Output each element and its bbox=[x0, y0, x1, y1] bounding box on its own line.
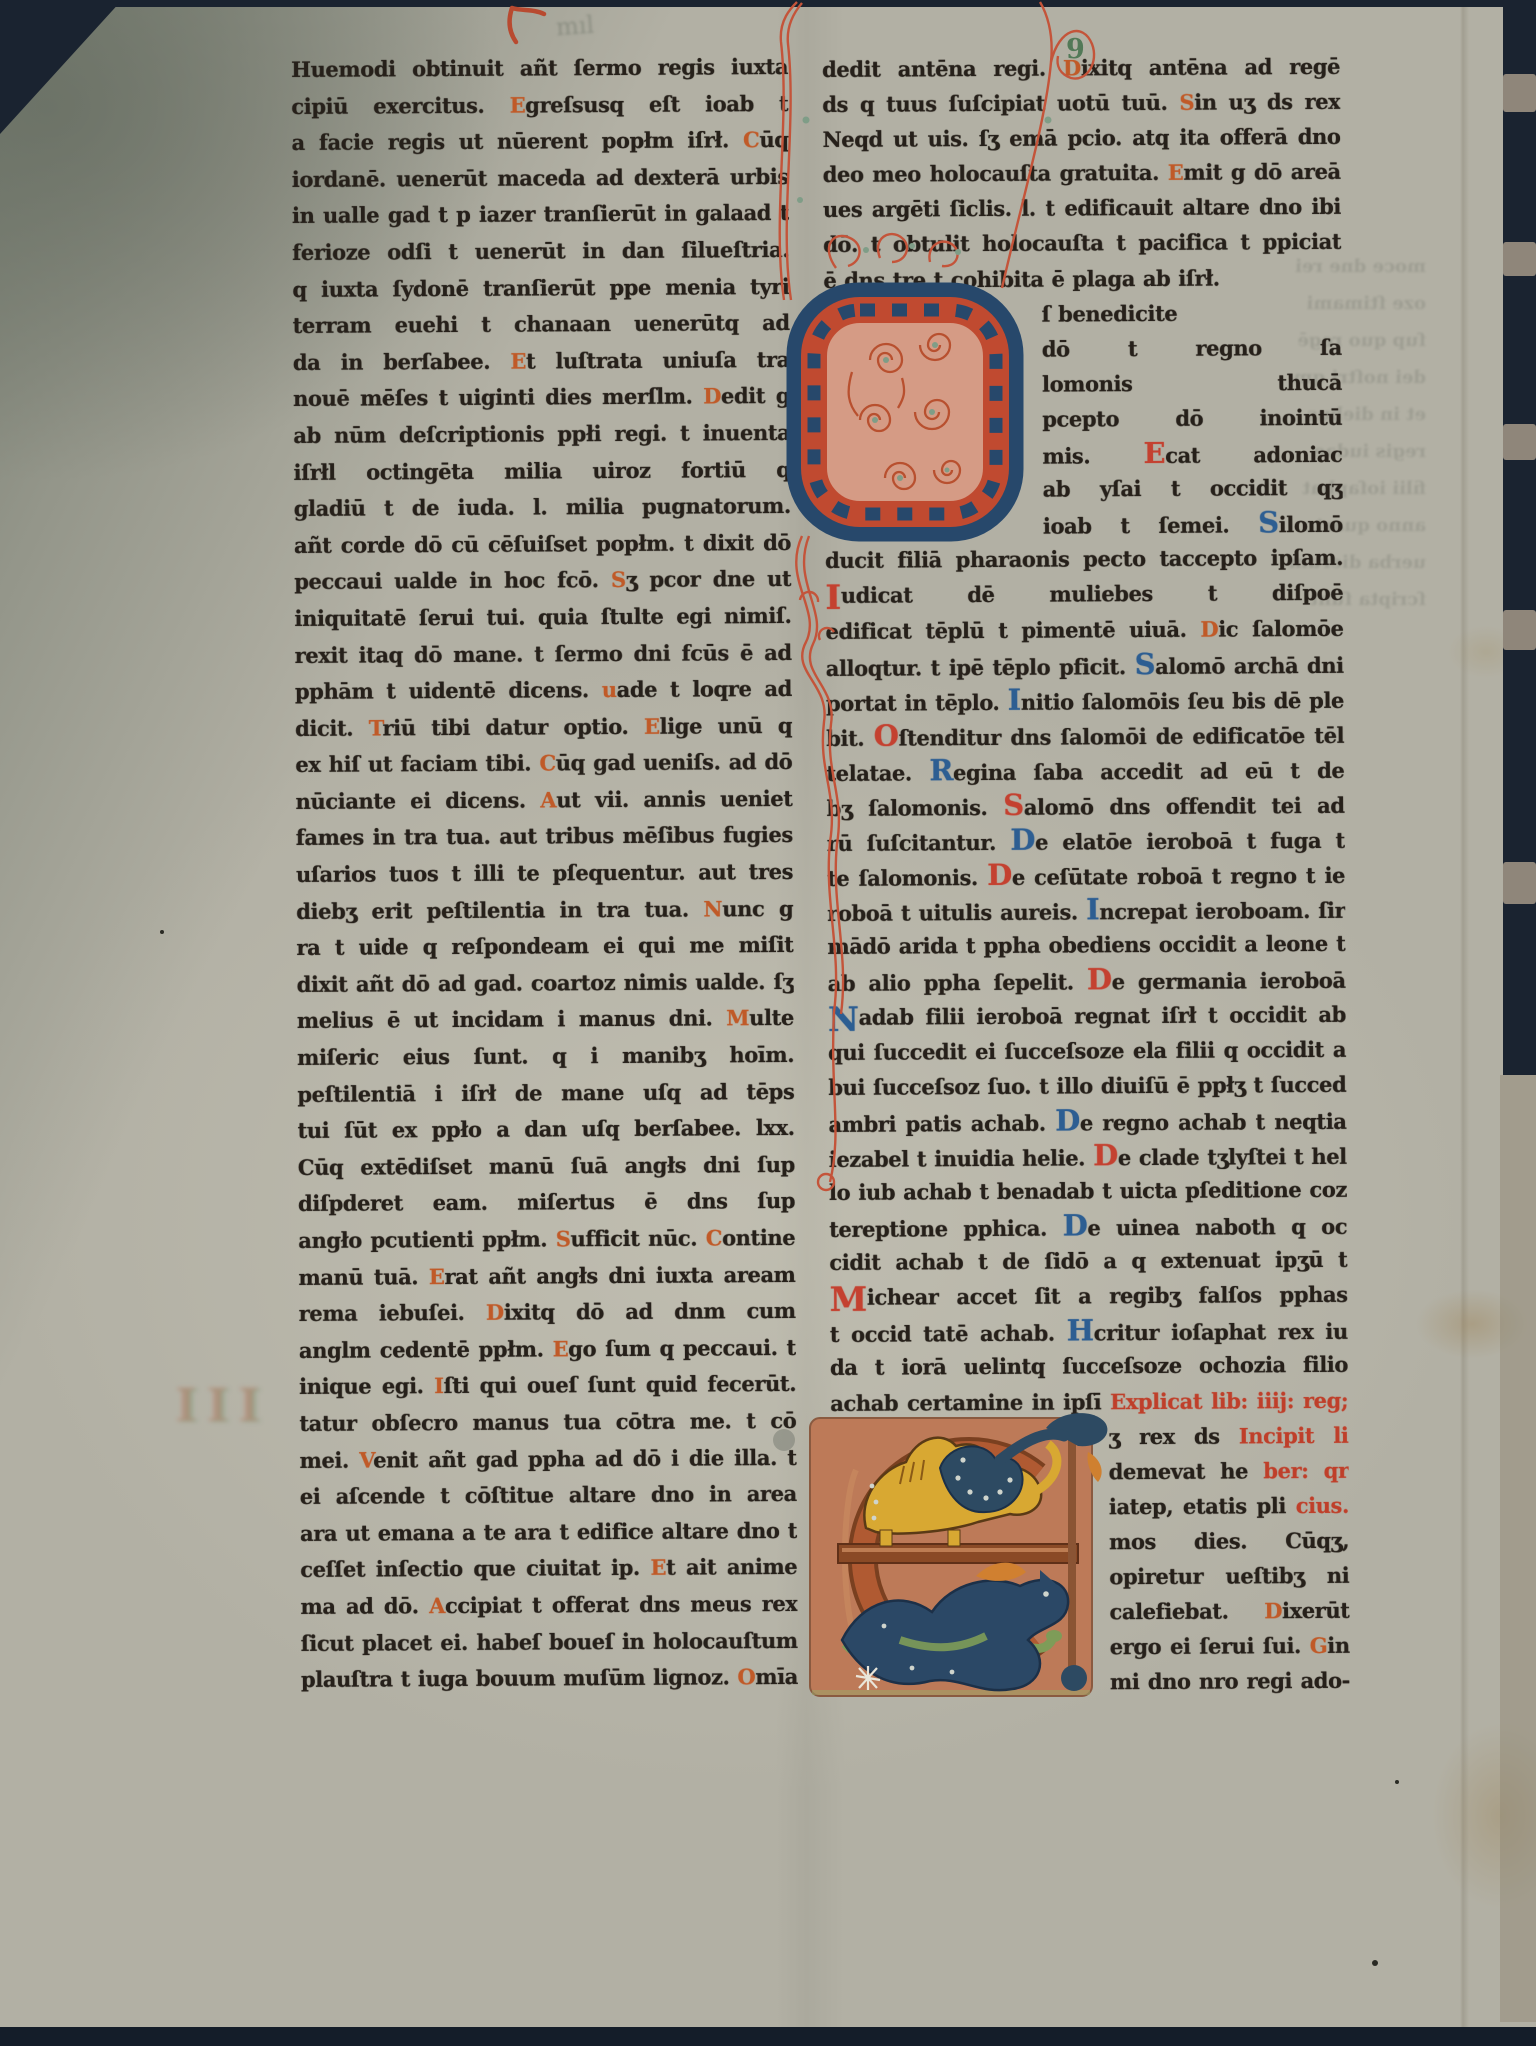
red-touched-capital: S bbox=[611, 567, 626, 592]
left-text-column: Huemodi obtinuit añt ſermo regis iuxta i… bbox=[291, 49, 798, 1699]
page-edge-notch bbox=[1503, 862, 1536, 904]
ink-text: iatep, etatis pli bbox=[1109, 1493, 1296, 1519]
red-touched-capital: E bbox=[650, 1555, 666, 1580]
ink-text: da in berſabee. bbox=[293, 348, 511, 374]
text-line: in ualle gad t p iazer tranſierūt in gal… bbox=[292, 195, 789, 235]
lombardic-initial-red: E bbox=[1143, 436, 1165, 470]
text-line: iordanē. uenerūt maceda ad dexterā urbis… bbox=[292, 159, 789, 199]
ink-text: fames in tra tua. aut tribus mēſibus fug… bbox=[296, 822, 793, 857]
ink-text: ufficit nūc. bbox=[570, 1225, 705, 1251]
ink-text: iordanē. uenerūt maceda ad dexterā urbis… bbox=[292, 164, 789, 199]
ink-text: peſtilentiā i iſrł de mane uſq ad tēps p… bbox=[297, 1079, 794, 1114]
historiated-initial-e bbox=[792, 1402, 1112, 1712]
red-touched-capital: u bbox=[602, 677, 617, 702]
green-edge bbox=[812, 1690, 1090, 1695]
ink-text: gladiū t de iuda. l. milia pugnatorum. p… bbox=[294, 493, 791, 528]
text-line: ceſſet inſectio que ciuitat ip. Et ait a… bbox=[300, 1549, 797, 1589]
red-touched-capital: E bbox=[644, 713, 660, 738]
text-line: gladiū t de iuda. l. milia pugnatorum. p… bbox=[294, 488, 791, 528]
manuscript-photo: mıl 9 III moce dne reioze ſtimamiſup quo… bbox=[0, 0, 1536, 2046]
page-edge-notch bbox=[1503, 610, 1536, 650]
ink-text: ceſſet inſectio que ciuitat ip. bbox=[300, 1555, 650, 1582]
red-touched-capital: E bbox=[553, 1336, 569, 1361]
text-line: ab nūm deſcriptionis ppłi regi. t inuent… bbox=[293, 415, 790, 455]
backing-board-bottom bbox=[0, 2027, 1536, 2046]
text-line: a facie regis ut nūerent popłm iſrł. Cūq… bbox=[291, 122, 788, 162]
red-touched-capital: A bbox=[540, 787, 556, 812]
text-line: q iuxta ſydonē tranſierūt ppe menia tyri… bbox=[292, 269, 789, 309]
text-line: anglm cedentē ppłm. Ego ſum q peccaui. t… bbox=[299, 1330, 796, 1370]
ink-text: mos dies. Cūqʒ, bbox=[1109, 1528, 1349, 1554]
ink-text: q iuxta ſydonē tranſierūt ppe menia tyri… bbox=[292, 274, 789, 309]
text-line: tatur obſecro manus tua cōtra me. t cō d… bbox=[299, 1403, 796, 1443]
ink-text: melius ē ut incidam i manus dni. bbox=[297, 1006, 727, 1034]
text-line: uſarios tuos t illi te pſequentur. aut t… bbox=[296, 854, 793, 894]
red-touched-capital: D bbox=[486, 1300, 504, 1325]
text-line: nūciante ei dicens. Aut vii. annis uenie… bbox=[295, 781, 792, 821]
ink-text: ferioze odſi t uenerūt in dan ſilueſtria… bbox=[292, 237, 789, 265]
staff-ball bbox=[1061, 1665, 1087, 1691]
ink-text: Cūq extēdiſset manū ſuā angłs dni ſup ie… bbox=[298, 1152, 795, 1187]
text-line: miſeric eius ſunt. q i manibʒ hoīm. Inmi… bbox=[297, 1037, 794, 1077]
ink-text: ex hiſ ut faciam tibi. bbox=[295, 751, 539, 777]
ink-text: añt corde dō cū cēſuiſset popłm. t dixit… bbox=[294, 530, 791, 565]
ink-speck bbox=[1395, 1780, 1399, 1784]
ink-text: inique egi. bbox=[299, 1374, 434, 1400]
penwork-dots bbox=[797, 117, 1052, 256]
rubric-text: Explicat lib: iiij: reg; bbox=[1110, 1387, 1348, 1413]
ink-text: anglm cedentē ppłm. bbox=[299, 1336, 553, 1363]
ink-text: Huemodi obtinuit añt ſermo regis iuxta i… bbox=[291, 54, 788, 89]
illuminated-initial-p bbox=[740, 0, 1120, 1250]
faint-inscription: mıl bbox=[555, 11, 595, 42]
ink-text: enit añt gad ppha ad dō i die illa. t di… bbox=[300, 1445, 797, 1480]
ink-text: t ait anime bbox=[666, 1554, 797, 1580]
ink-text: in bbox=[1327, 1633, 1350, 1658]
ink-text: diebʒ erit peſtilentia in tra tua. bbox=[296, 896, 703, 923]
ink-text: miſeric eius ſunt. q i manibʒ hoīm. Inmi… bbox=[297, 1042, 794, 1077]
ink-text: mi dno nro regi ado- bbox=[1110, 1668, 1350, 1694]
text-line: ma ad dō. Accipiat t offerat dns meus re… bbox=[300, 1586, 797, 1626]
ink-text: nūciante ei dicens. bbox=[296, 787, 541, 813]
ink-text: ſti qui oueſ ſunt quid fecerūt. bbox=[444, 1371, 797, 1398]
red-touched-capital: D bbox=[703, 384, 721, 409]
ink-text: ilomō bbox=[1279, 512, 1343, 537]
page-edge-stain-band bbox=[1500, 1075, 1536, 2022]
lombardic-initial-blue: S bbox=[1134, 647, 1155, 681]
red-touched-capital: O bbox=[737, 1664, 755, 1689]
ink-text: t occid tatē achab. bbox=[830, 1321, 1067, 1347]
ink-text: e clade tʒlyſtei t hel bbox=[1118, 1144, 1347, 1170]
red-touched-capital: A bbox=[429, 1593, 445, 1618]
ink-text: ab nūm deſcriptionis ppłi regi. t inuent… bbox=[293, 420, 790, 455]
ink-text: uſarios tuos t illi te pſequentur. aut t… bbox=[296, 859, 793, 894]
text-line: terram euehi t chanaan uenerūtq ad merid… bbox=[293, 305, 790, 345]
red-touched-capital: E bbox=[510, 348, 526, 373]
text-line: inique egi. Iſti qui oueſ ſunt quid fece… bbox=[299, 1366, 796, 1406]
text-line: dicit. Triū tibi datur optio. Elige unū … bbox=[295, 708, 792, 748]
text-line: ſicut placet ei. habeſ boueſ in holocauſ… bbox=[301, 1622, 798, 1662]
text-line: da in berſabee. Et luſtrata uniuſa tra a… bbox=[293, 342, 790, 382]
text-line: dixit añt dō ad gad. coartoz nimis ualde… bbox=[297, 964, 794, 1004]
ink-text: critur ioſaphat rex iu bbox=[1094, 1319, 1348, 1346]
ink-text: pphām t uidentē dicens. bbox=[295, 677, 602, 704]
red-touched-capital: C bbox=[539, 751, 555, 776]
page-edge-notch bbox=[1503, 424, 1536, 460]
red-touched-capital: D bbox=[1264, 1598, 1282, 1623]
text-line: peſtilentiā i iſrł de mane uſq ad tēps p… bbox=[297, 1074, 794, 1114]
ink-text: ccipiat t offerat dns meus rex bbox=[445, 1591, 798, 1618]
ink-text: ichear accet ſit a regibʒ falſos pphas a… bbox=[830, 1282, 1348, 1315]
lombardic-initial-blue: S bbox=[1258, 505, 1279, 539]
ink-text: opiretur ueſtibʒ ni bbox=[1109, 1563, 1349, 1589]
text-line: manū tuā. Erat añt angłs dni iuxta aream… bbox=[298, 1257, 795, 1297]
red-paraph-mark bbox=[498, 2, 558, 54]
ink-text: rexit itaq dō mane. t ſermo dni fcūs ē a… bbox=[295, 639, 792, 674]
ink-text: da t iorā uelintq ſucceſsoze ochozia fil… bbox=[830, 1352, 1348, 1380]
text-line: mei. Venit añt gad ppha ad dō i die illa… bbox=[299, 1440, 796, 1480]
ink-text: nouē mēſes t uiginti dies merſlm. bbox=[293, 384, 703, 412]
show-through-blot bbox=[773, 1429, 795, 1451]
rubric-text: cius. bbox=[1296, 1493, 1349, 1518]
ink-text: ic ſalomōe bbox=[1218, 615, 1343, 641]
ink-text: diſpderet eam. miſertus ē dns ſup affuct… bbox=[298, 1188, 795, 1223]
ink-text: ma ad dō. bbox=[300, 1593, 429, 1619]
ink-text: ixerūt bbox=[1282, 1598, 1350, 1623]
ink-text: demevat he bbox=[1109, 1458, 1264, 1484]
text-line: da t iorā uelintq ſucceſsoze ochozia fil… bbox=[830, 1347, 1348, 1385]
ink-text: ergo ei ſerui ſui. bbox=[1110, 1633, 1310, 1659]
penwork-ascender bbox=[780, 2, 1094, 300]
penwork-tail bbox=[796, 536, 843, 1190]
ink-text: in ualle gad t p iazer tranſierūt in gal… bbox=[292, 200, 789, 235]
text-line: rema iebuſei. Dixitq dō ad dnm cum uidiſ… bbox=[299, 1293, 796, 1333]
red-touched-capital: E bbox=[1168, 160, 1184, 185]
text-line: angło pcutienti ppłm. Sufficit nūc. Cont… bbox=[298, 1220, 795, 1260]
text-line: tui ſūt ex ppło a dan uſq berſabee. lxx.… bbox=[297, 1110, 794, 1150]
ink-text: angło pcutienti ppłm. bbox=[298, 1226, 556, 1253]
ink-text: ra t uide q reſpondeam ei qui me miſit ſ… bbox=[296, 932, 793, 967]
ink-speck bbox=[1372, 1960, 1378, 1966]
initial-p-bowl bbox=[792, 288, 1018, 536]
ink-text: plauſtra t iuga bouum muſūm lignoz. bbox=[301, 1664, 738, 1692]
ink-text: riū tibi datur optio. bbox=[382, 714, 644, 741]
large-initial-red: M bbox=[830, 1280, 867, 1315]
ink-text: dixit añt dō ad gad. coartoz nimis ualde… bbox=[297, 969, 794, 997]
page-edge-notch bbox=[1503, 74, 1536, 112]
text-line: diſpderet eam. miſertus ē dns ſup affuct… bbox=[298, 1183, 795, 1223]
text-line: fames in tra tua. aut tribus mēſibus fug… bbox=[296, 817, 793, 857]
red-touched-capital: D bbox=[1200, 616, 1218, 641]
page-edge-notch bbox=[1503, 242, 1536, 276]
ink-text: cat adoniac bbox=[1165, 442, 1342, 468]
rubric-text: ber: qr bbox=[1263, 1458, 1349, 1484]
ink-text: manū tuā. bbox=[298, 1264, 429, 1290]
ink-text: cipiū exercitus. bbox=[291, 92, 509, 118]
text-line: rexit itaq dō mane. t ſermo dni fcūs ē a… bbox=[295, 634, 792, 674]
text-line: iſrłl octingēta milia uiroz fortiū q edu… bbox=[293, 451, 790, 491]
text-line: ex hiſ ut faciam tibi. Cūq gad ueniſs. a… bbox=[295, 744, 792, 784]
red-touched-capital: E bbox=[429, 1264, 445, 1289]
ghost-roman-numeral: III bbox=[175, 1378, 270, 1432]
backing-board-right bbox=[1503, 0, 1536, 1075]
lombardic-initial-blue: H bbox=[1067, 1314, 1094, 1348]
text-line: t occid tatē achab. Hcritur ioſaphat rex… bbox=[830, 1312, 1348, 1350]
red-touched-capital: T bbox=[369, 715, 383, 740]
text-line: pphām t uidentē dicens. uade t loqre ad … bbox=[295, 671, 792, 711]
text-line: nouē mēſes t uiginti dies merſlm. Dedit … bbox=[293, 378, 790, 418]
text-line: melius ē ut incidam i manus dni. Multe e… bbox=[297, 1000, 794, 1040]
ink-text: dicit. bbox=[295, 715, 369, 740]
red-touched-capital: N bbox=[703, 896, 722, 921]
ink-text: ſicut placet ei. habeſ boueſ in holocauſ… bbox=[301, 1627, 798, 1662]
ink-text: a facie regis ut nūerent popłm iſrł. bbox=[291, 127, 743, 155]
red-touched-capital: S bbox=[1179, 90, 1194, 115]
ink-text: ncrepat ieroboam. ſir bbox=[1099, 898, 1345, 925]
ink-text: calefiebat. bbox=[1109, 1598, 1264, 1624]
red-touched-capital: C bbox=[706, 1225, 722, 1250]
ink-text: tatur obſecro manus tua cōtra me. t cō d… bbox=[299, 1408, 796, 1443]
red-touched-capital: V bbox=[359, 1447, 373, 1472]
ink-text: iſrłl octingēta milia uiroz fortiū q edu… bbox=[293, 456, 790, 491]
ink-text: e uinea naboth q oc bbox=[1087, 1214, 1347, 1241]
text-line: iniquitatē ſerui tui. quia ſtulte egi ni… bbox=[294, 598, 791, 638]
ink-text: mei. bbox=[300, 1447, 360, 1472]
serpent-head bbox=[1046, 1630, 1062, 1642]
text-line: ara ut emana a te ara t edifice altare d… bbox=[300, 1513, 797, 1553]
ink-text: alomō archā dni bbox=[1155, 652, 1344, 678]
text-line: Huemodi obtinuit añt ſermo regis iuxta i… bbox=[291, 49, 788, 89]
red-touched-capital: S bbox=[556, 1226, 571, 1251]
text-line: Cūq extēdiſset manū ſuā angłs dni ſup ie… bbox=[298, 1147, 795, 1187]
text-line: peccaui ualde in hoc fcō. Sʒ pcor dne ut… bbox=[294, 561, 791, 601]
ink-text: ʒ rex ds bbox=[1108, 1423, 1238, 1449]
rubric-text: Incipit li bbox=[1239, 1422, 1349, 1448]
ink-text: ei aſcende t cōſtitue altare dno in area… bbox=[300, 1481, 797, 1516]
ink-text: tui ſūt ex ppło a dan uſq berſabee. lxx.… bbox=[298, 1115, 795, 1150]
ink-speck bbox=[160, 930, 164, 934]
red-touched-capital: G bbox=[1310, 1633, 1328, 1658]
text-line: añt corde dō cū cēſuiſset popłm. t dixit… bbox=[294, 525, 791, 565]
text-line: diebʒ erit peſtilentia in tra tua. Nunc … bbox=[296, 891, 793, 931]
text-line: ra t uide q reſpondeam ei qui me miſit ſ… bbox=[296, 927, 793, 967]
ink-text: terram euehi t chanaan uenerūtq ad merid… bbox=[293, 310, 790, 345]
ink-text: peccaui ualde in hoc fcō. bbox=[294, 567, 611, 594]
text-line: ferioze odſi t uenerūt in dan ſilueſtria… bbox=[292, 232, 789, 272]
ink-text: iniquitatē ſerui tui. quia ſtulte egi ni… bbox=[294, 603, 791, 638]
text-line: plauſtra t iuga bouum muſūm lignoz. Omīa bbox=[301, 1659, 798, 1699]
ink-text: cidit achab t de ſidō a q extenuat ipʒū … bbox=[829, 1247, 1347, 1280]
ink-text: e germania ieroboā bbox=[1112, 968, 1346, 994]
ink-text: rema iebuſei. bbox=[299, 1300, 486, 1326]
text-line: ei aſcende t cōſtitue altare dno in area… bbox=[300, 1476, 797, 1516]
text-line: cipiū exercitus. Egreſsusq eſt ioab t pn… bbox=[291, 86, 788, 126]
dragon-eye bbox=[1043, 1591, 1049, 1597]
text-line: Michear accet ſit a regibʒ falſos pphas … bbox=[830, 1277, 1348, 1315]
red-touched-capital: E bbox=[510, 92, 526, 117]
ink-text: ara ut emana a te ara t edifice altare d… bbox=[300, 1518, 797, 1546]
